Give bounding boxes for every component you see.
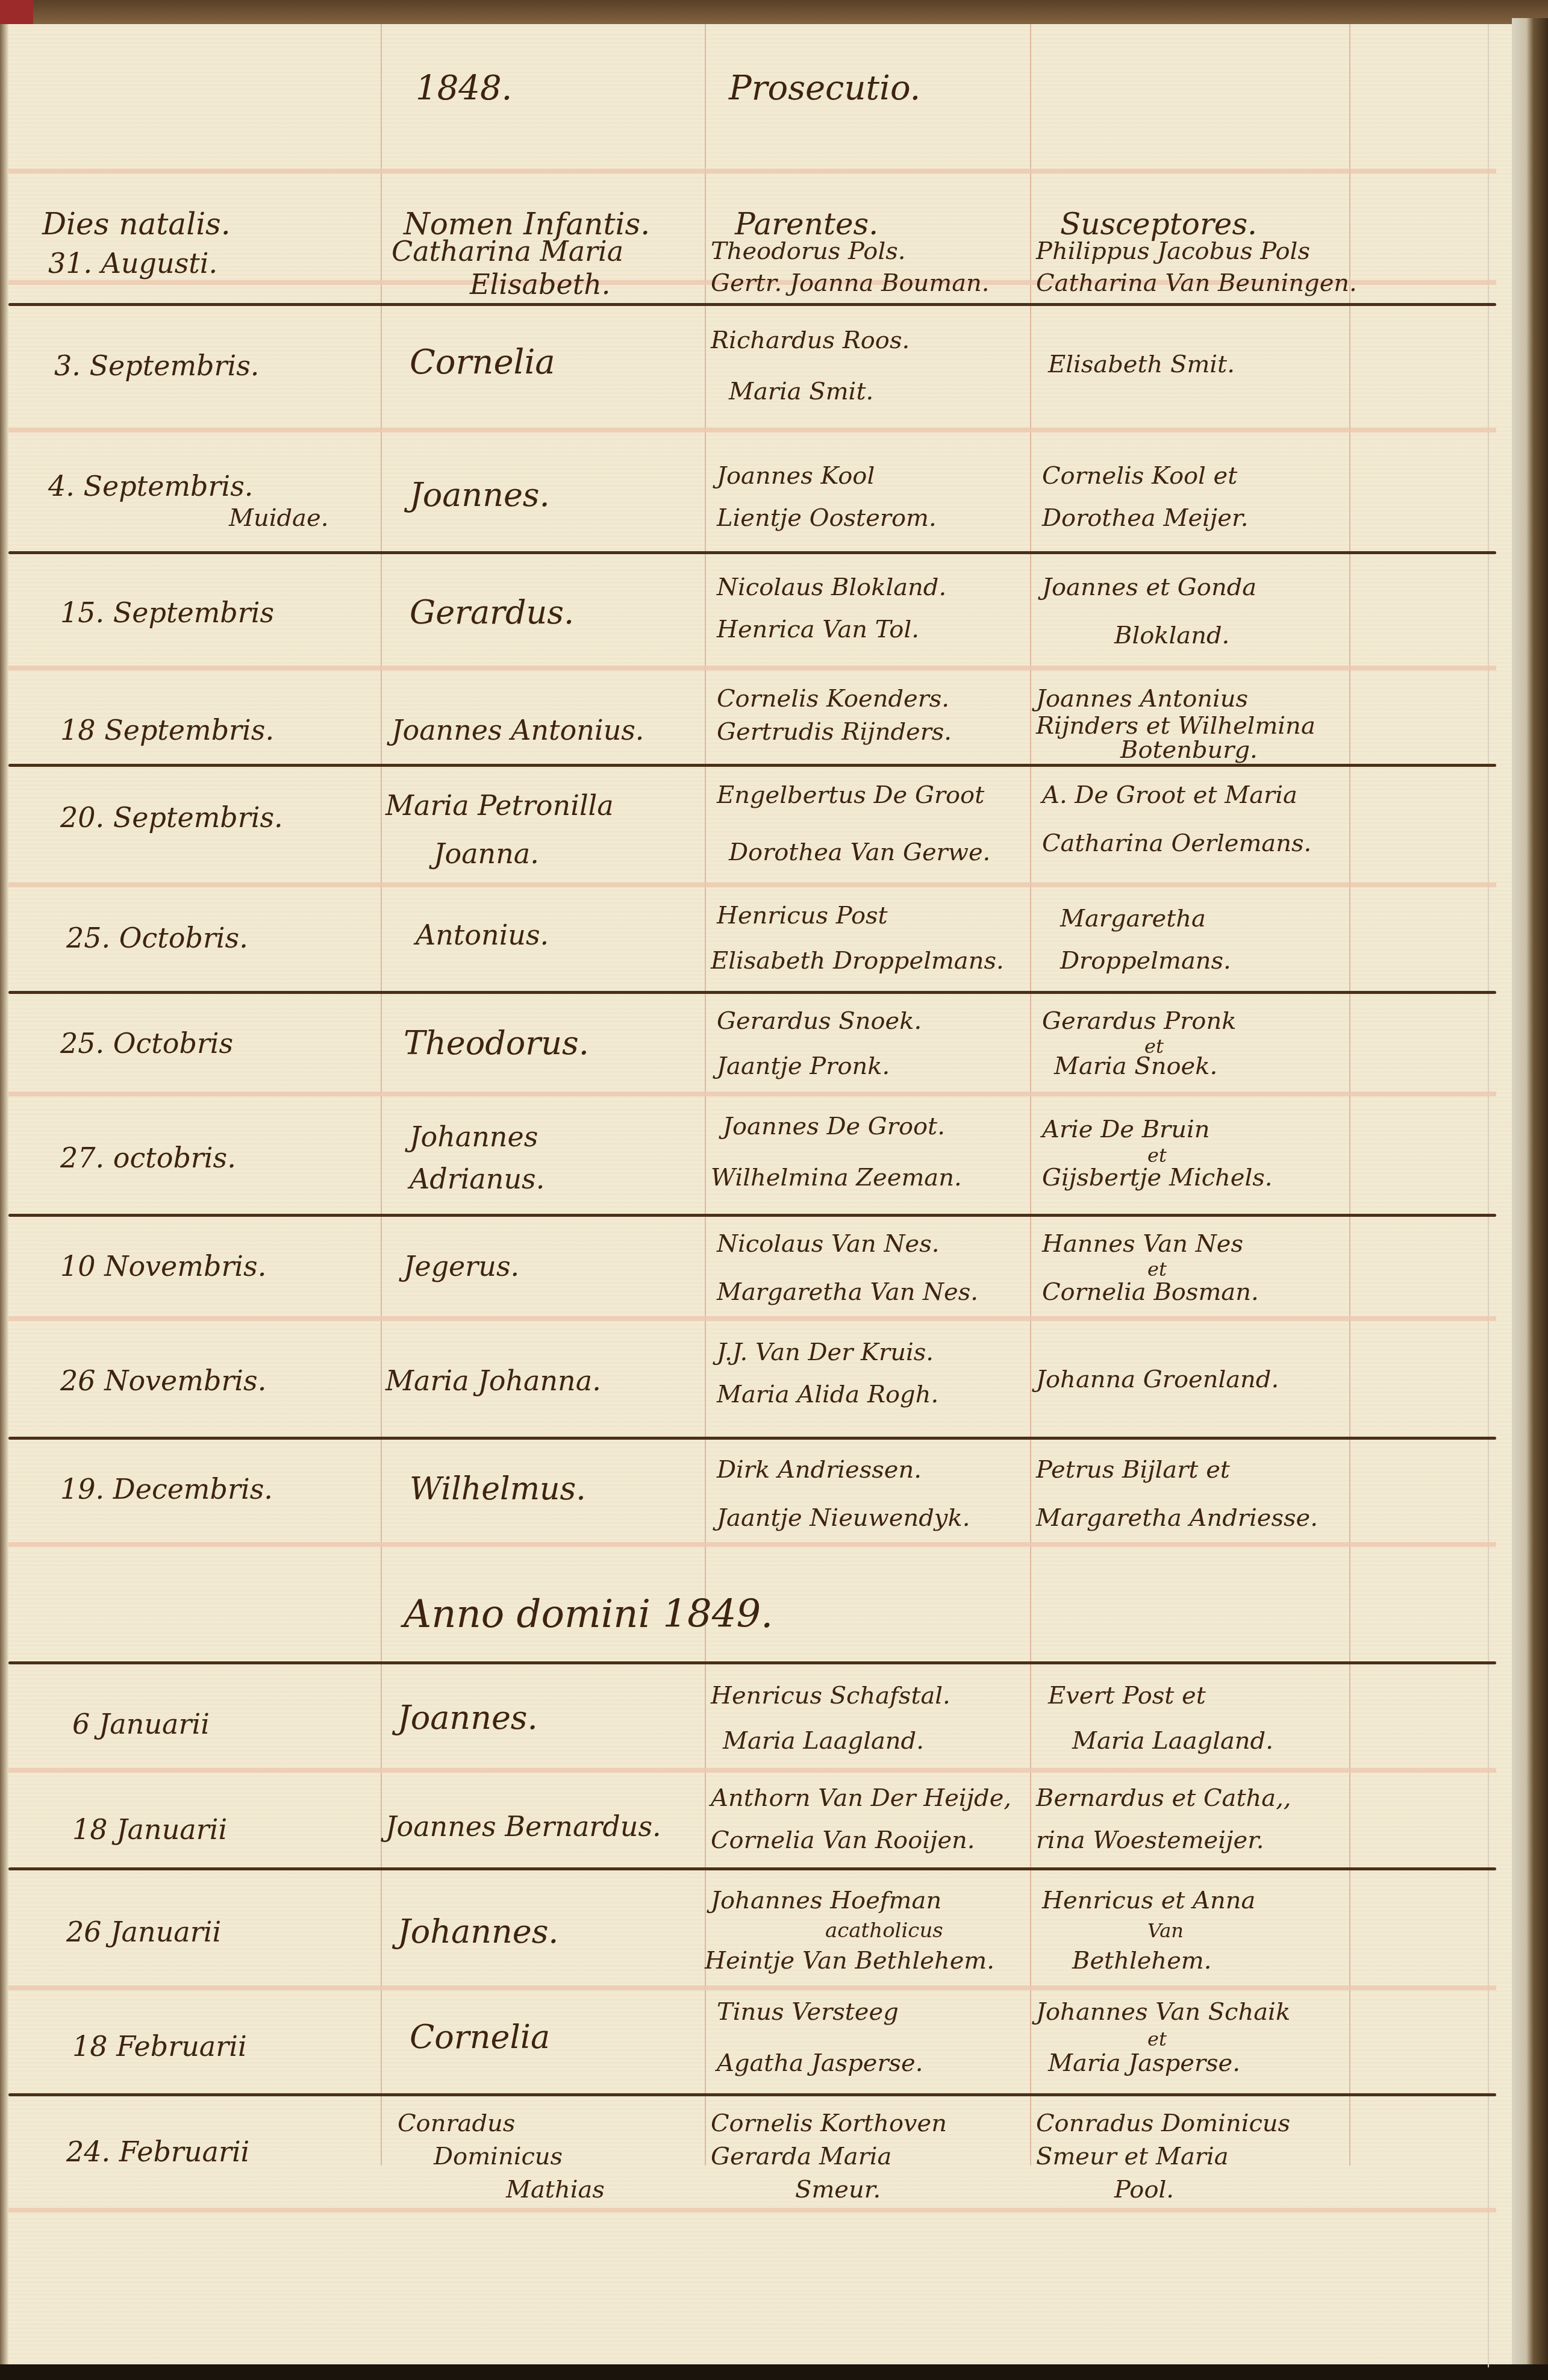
sponsor: Gerardus Pronk xyxy=(1042,1006,1236,1036)
row-rule xyxy=(8,169,1496,173)
infant-name: Cornelia xyxy=(410,343,555,382)
sponsor: Arie De Bruin xyxy=(1042,1114,1209,1145)
parent-mother: Gerarda Maria xyxy=(711,2141,891,2172)
infant-name: Johannes. xyxy=(398,1913,559,1951)
entry-separator xyxy=(8,1214,1496,1217)
infant-name: Jegerus. xyxy=(404,1247,519,1285)
sponsor: Catharina Oerlemans. xyxy=(1042,828,1311,858)
entry-place: Muidae. xyxy=(229,503,328,533)
infant-name: Mathias xyxy=(506,2175,605,2205)
sponsor: Margaretha Andriesse. xyxy=(1036,1503,1318,1533)
sponsor: Maria Snoek. xyxy=(1054,1051,1217,1081)
parent-father: Engelbertus De Groot xyxy=(717,780,984,810)
infant-name: Theodorus. xyxy=(404,1024,589,1063)
parent-mother: Henrica Van Tol. xyxy=(717,614,919,645)
infant-name: Joannes. xyxy=(410,476,550,514)
entry-date: 15. Septembris xyxy=(60,593,274,632)
entry-date: 25. Octobris xyxy=(60,1024,233,1063)
page-right-edge xyxy=(1512,18,1548,2380)
sponsor: Conradus Dominicus xyxy=(1036,2108,1290,2138)
entry-separator xyxy=(8,303,1496,306)
sponsor: Johannes Van Schaik xyxy=(1036,1997,1290,2027)
parent-mother: Maria Laagland. xyxy=(723,1726,924,1756)
sponsor: Bethlehem. xyxy=(1072,1946,1211,1976)
parent-mother: Elisabeth Droppelmans. xyxy=(711,946,1004,976)
row-rule xyxy=(8,1768,1496,1773)
sponsor: Philippus Jacobus Pols xyxy=(1036,236,1310,266)
parent-mother: Lientje Oosterom. xyxy=(717,503,937,533)
column-header-dies-natalis: Dies natalis. xyxy=(42,205,231,243)
parent-mother: Gertr. Joanna Bouman. xyxy=(711,268,990,298)
parent-father: Cornelis Koenders. xyxy=(717,684,949,714)
infant-name: Joannes. xyxy=(398,1699,538,1737)
parent-father: Cornelis Korthoven xyxy=(711,2108,947,2138)
infant-name: Dominicus xyxy=(434,2141,563,2172)
parent-mother: Margaretha Van Nes. xyxy=(717,1277,978,1307)
parent-father: Henricus Schafstal. xyxy=(711,1681,950,1711)
parent-mother: Jaantje Nieuwendyk. xyxy=(717,1503,970,1533)
infant-name: Wilhelmus. xyxy=(410,1470,586,1508)
sponsor: Cornelia Bosman. xyxy=(1042,1277,1259,1307)
infant-name: Johannes xyxy=(410,1117,538,1156)
infant-name: Gerardus. xyxy=(410,593,574,632)
row-rule xyxy=(8,428,1496,433)
sponsor: Henricus et Anna xyxy=(1042,1885,1255,1916)
entry-date: 26 Januarii xyxy=(66,1913,221,1951)
infant-name: Elisabeth. xyxy=(470,265,610,304)
entry-date: 19. Decembris. xyxy=(60,1470,273,1508)
entry-separator xyxy=(8,991,1496,994)
entry-separator xyxy=(8,1661,1496,1664)
entry-date: 3. Septembris. xyxy=(54,346,259,385)
sponsor: rina Woestemeijer. xyxy=(1036,1825,1264,1855)
sponsor: Maria Laagland. xyxy=(1072,1726,1273,1756)
parent-father: Gerardus Snoek. xyxy=(717,1006,922,1036)
sponsor: Joannes et Gonda xyxy=(1042,572,1256,602)
row-rule xyxy=(8,666,1496,670)
parent-father: Richardus Roos. xyxy=(711,325,910,355)
sponsor: Margaretha xyxy=(1060,904,1206,934)
infant-name: Conradus xyxy=(398,2108,515,2138)
entry-separator xyxy=(8,551,1496,554)
parent-note: acatholicus xyxy=(825,1916,943,1946)
sponsor: A. De Groot et Maria xyxy=(1042,780,1297,810)
sponsor: Botenburg. xyxy=(1120,735,1258,765)
infant-name: Maria Johanna. xyxy=(385,1361,601,1400)
parent-father: Dirk Andriessen. xyxy=(717,1455,922,1485)
sponsor: Bernardus et Catha,, xyxy=(1036,1783,1291,1813)
parent-father: Nicolaus Blokland. xyxy=(717,572,946,602)
entry-date: 25. Octobris. xyxy=(66,919,248,957)
sponsor: Blokland. xyxy=(1114,620,1229,651)
sponsor: Droppelmans. xyxy=(1060,946,1231,976)
row-rule xyxy=(8,2208,1496,2213)
entry-date: 18 Septembris. xyxy=(60,711,274,749)
parent-mother: Cornelia Van Rooijen. xyxy=(711,1825,975,1855)
infant-name: Joannes Antonius. xyxy=(392,711,644,749)
parent-mother: Maria Smit. xyxy=(729,376,873,407)
sponsor: Pool. xyxy=(1114,2175,1174,2205)
sponsor: Cornelis Kool et xyxy=(1042,461,1237,491)
year-divider-heading: Anno domini 1849. xyxy=(404,1590,773,1638)
entry-separator xyxy=(8,1437,1496,1440)
parent-father: Nicolaus Van Nes. xyxy=(717,1229,939,1259)
parent-father: J.J. Van Der Kruis. xyxy=(717,1337,934,1367)
continuation-heading: Prosecutio. xyxy=(729,69,920,108)
sponsor: Elisabeth Smit. xyxy=(1048,349,1235,379)
row-rule xyxy=(8,1985,1496,1990)
entry-date: 24. Februarii xyxy=(66,2132,249,2171)
entry-separator xyxy=(8,2093,1496,2096)
sponsor: Smeur et Maria xyxy=(1036,2141,1229,2172)
parent-mother: Wilhelmina Zeeman. xyxy=(711,1163,962,1193)
entry-date: 6 Januarii xyxy=(72,1705,210,1743)
parent-mother: Heintje Van Bethlehem. xyxy=(705,1946,994,1976)
entry-date: 10 Novembris. xyxy=(60,1247,266,1285)
parent-father: Anthorn Van Der Heijde, xyxy=(711,1783,1011,1813)
parent-mother: Smeur. xyxy=(795,2175,881,2205)
parent-mother: Maria Alida Rogh. xyxy=(717,1379,938,1410)
parent-mother: Gertrudis Rijnders. xyxy=(717,717,952,747)
sponsor: Hannes Van Nes xyxy=(1042,1229,1243,1259)
parent-father: Johannes Hoefman xyxy=(711,1885,941,1916)
entry-date: 18 Februarii xyxy=(72,2027,247,2066)
book-bottom-edge xyxy=(0,2364,1548,2380)
row-rule xyxy=(8,1542,1496,1547)
sponsor: Joannes Antonius xyxy=(1036,684,1248,714)
entry-separator xyxy=(8,1867,1496,1870)
infant-name: Maria Petronilla xyxy=(385,786,614,825)
entry-date: 27. octobris. xyxy=(60,1138,236,1177)
sponsor: Gijsbertje Michels. xyxy=(1042,1163,1273,1193)
sponsor: Catharina Van Beuningen. xyxy=(1036,268,1357,298)
sponsor: Dorothea Meijer. xyxy=(1042,503,1248,533)
infant-name: Antonius. xyxy=(416,916,549,954)
parent-mother: Jaantje Pronk. xyxy=(717,1051,890,1081)
year-heading: 1848. xyxy=(416,69,512,108)
sponsor: Maria Jasperse. xyxy=(1048,2048,1240,2078)
entry-date: 20. Septembris. xyxy=(60,798,283,837)
entry-date: 31. Augusti. xyxy=(48,244,217,283)
parent-father: Joannes Kool xyxy=(717,461,875,491)
page-left-edge xyxy=(0,24,8,2367)
infant-name: Joanna. xyxy=(434,834,539,873)
row-rule xyxy=(8,1092,1496,1096)
margin-rule xyxy=(1488,24,1489,2367)
parent-father: Joannes De Groot. xyxy=(723,1111,945,1142)
infant-name: Adrianus. xyxy=(410,1160,545,1198)
entry-date: 4. Septembris. xyxy=(48,467,253,505)
sponsor: Johanna Groenland. xyxy=(1036,1364,1279,1395)
infant-name: Cornelia xyxy=(410,2018,550,2057)
parent-father: Henricus Post xyxy=(717,901,888,931)
parent-father: Tinus Versteeg xyxy=(717,1997,899,2027)
row-rule xyxy=(8,1316,1496,1321)
row-rule xyxy=(8,882,1496,887)
parent-mother: Dorothea Van Gerwe. xyxy=(729,837,990,867)
infant-name: Joannes Bernardus. xyxy=(385,1807,661,1846)
sponsor: Evert Post et xyxy=(1048,1681,1206,1711)
entry-date: 26 Novembris. xyxy=(60,1361,266,1400)
parent-father: Theodorus Pols. xyxy=(711,236,905,266)
sponsor: Petrus Bijlart et xyxy=(1036,1455,1230,1485)
sponsor: Van xyxy=(1147,1916,1184,1946)
entry-separator xyxy=(8,764,1496,767)
parent-mother: Agatha Jasperse. xyxy=(717,2048,923,2078)
entry-date: 18 Januarii xyxy=(72,1810,227,1849)
